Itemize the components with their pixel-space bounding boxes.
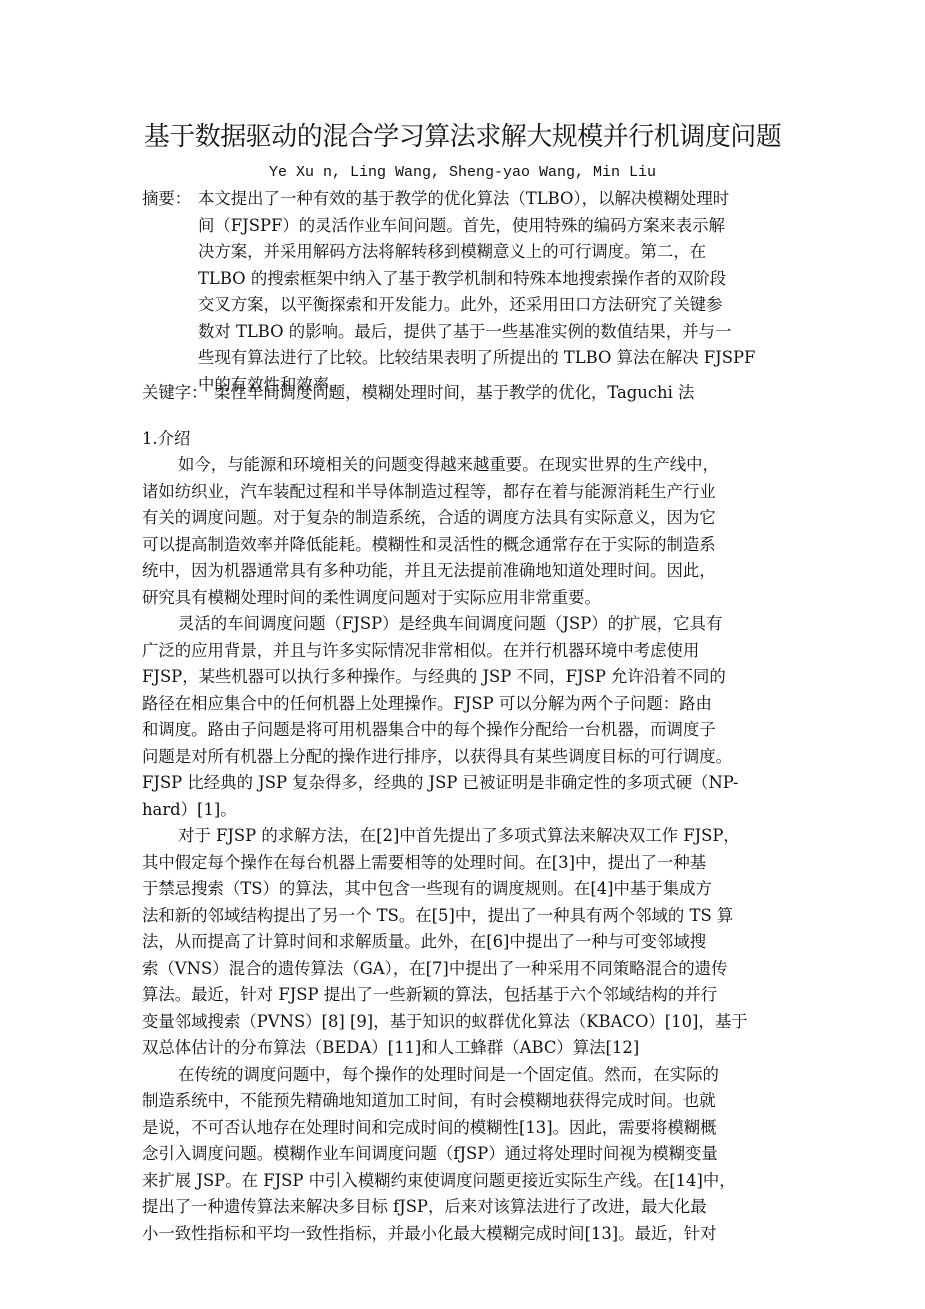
paragraph-line: 算法。最近，针对 FJSP 提出了一些新颖的算法，包括基于六个邻域结构的并行	[142, 982, 717, 1009]
abstract-line: TLBO 的搜索框架中纳入了基于教学机制和特殊本地搜索操作者的双阶段	[198, 266, 726, 293]
abstract-line: 些现有算法进行了比较。比较结果表明了所提出的 TLBO 算法在解决 FJSPF	[198, 345, 755, 372]
abstract-line: 决方案，并采用解码方法将解转移到模糊意义上的可行调度。第二，在	[198, 239, 706, 266]
paragraph-line: 是说，不可否认地存在处理时间和完成时间的模糊性[13]。因此，需要将模糊概	[142, 1115, 717, 1142]
paragraph-line: 于禁忌搜索（TS）的算法，其中包含一些现有的调度规则。在[4]中基于集成方	[142, 876, 712, 903]
paragraph-line: 对于 FJSP 的求解方法，在[2]中首先提出了多项式算法来解决双工作 FJSP…	[178, 823, 740, 850]
paragraph-line: 灵活的车间调度问题（FJSP）是经典车间调度问题（JSP）的扩展，它具有	[178, 611, 722, 638]
abstract-line: 交叉方案，以平衡探索和开发能力。此外，还采用田口方法研究了关键参	[198, 292, 723, 319]
paragraph-line: 如今，与能源和环境相关的问题变得越来越重要。在现实世界的生产线中，	[178, 452, 719, 479]
author-list: Ye Xu n, Ling Wang, Sheng-yao Wang, Min …	[0, 162, 925, 184]
paragraph-line: 小一致性指标和平均一致性指标，并最小化最大模糊完成时间[13]。最近，针对	[142, 1221, 717, 1248]
paragraph-line: 其中假定每个操作在每台机器上需要相等的处理时间。在[3]中，提出了一种基	[142, 850, 706, 877]
paragraph-line: 法和新的邻域结构提出了另一个 TS。在[5]中，提出了一种具有两个邻域的 TS …	[142, 903, 733, 930]
abstract-line: 间（FJSPF）的灵活作业车间问题。首先，使用特殊的编码方案来表示解	[198, 213, 725, 240]
paragraph-line: 法，从而提高了计算时间和求解质量。此外，在[6]中提出了一种与可变邻域搜	[142, 929, 706, 956]
paragraph-line: 变量邻域搜索（PVNS）[8] [9]，基于知识的蚁群优化算法（KBACO）[1…	[142, 1009, 748, 1036]
section-heading: 1.介绍	[142, 426, 190, 453]
paragraph-line: hard）[1]。	[142, 797, 237, 824]
paragraph-line: 和调度。路由子问题是将可用机器集合中的每个操作分配给一台机器，而调度子	[142, 717, 716, 744]
paper-page: 基于数据驱动的混合学习算法求解大规模并行机调度问题 Ye Xu n, Ling …	[0, 0, 925, 1309]
abstract-label: 摘要：	[142, 186, 191, 213]
paragraph-line: 有关的调度问题。对于复杂的制造系统，合适的调度方法具有实际意义，因为它	[142, 505, 716, 532]
paragraph-line: 索（VNS）混合的遗传算法（GA），在[7]中提出了一种采用不同策略混合的遗传	[142, 956, 727, 983]
paper-title: 基于数据驱动的混合学习算法求解大规模并行机调度问题	[0, 120, 925, 154]
paragraph-line: 问题是对所有机器上分配的操作进行排序，以获得具有某些调度目标的可行调度。	[142, 744, 732, 771]
paragraph-line: 广泛的应用背景，并且与许多实际情况非常相似。在并行机器环境中考虑使用	[142, 638, 699, 665]
paragraph-line: 诸如纺织业，汽车装配过程和半导体制造过程等，都存在着与能源消耗生产行业	[142, 479, 716, 506]
keywords-text: 柔性车间调度问题，模糊处理时间，基于教学的优化，Taguchi 法	[214, 380, 694, 407]
paragraph-line: 提出了一种遗传算法来解决多目标 fJSP，后来对该算法进行了改进，最大化最	[142, 1194, 707, 1221]
paragraph-line: 双总体估计的分布算法（BEDA）[11]和人工蜂群（ABC）算法[12]	[142, 1035, 639, 1062]
abstract-line: 数对 TLBO 的影响。最后，提供了基于一些基准实例的数值结果，并与一	[198, 319, 731, 346]
paragraph-line: FJSP，某些机器可以执行多种操作。与经典的 JSP 不同，FJSP 允许沿着不…	[142, 664, 726, 691]
keywords-label: 关键字：	[142, 380, 208, 407]
paragraph-line: 念引入调度问题。模糊作业车间调度问题（fJSP）通过将处理时间视为模糊变量	[142, 1141, 718, 1168]
paragraph-line: 在传统的调度问题中，每个操作的处理时间是一个固定值。然而，在实际的	[178, 1062, 719, 1089]
paragraph-line: FJSP 比经典的 JSP 复杂得多，经典的 JSP 已被证明是非确定性的多项式…	[142, 770, 738, 797]
paragraph-line: 研究具有模糊处理时间的柔性调度问题对于实际应用非常重要。	[142, 585, 601, 612]
paragraph-line: 路径在相应集合中的任何机器上处理操作。FJSP 可以分解为两个子问题：路由	[142, 691, 712, 718]
paragraph-line: 制造系统中，不能预先精确地知道加工时间，有时会模糊地获得完成时间。也就	[142, 1088, 716, 1115]
paragraph-line: 统中，因为机器通常具有多种功能，并且无法提前准确地知道处理时间。因此，	[142, 558, 716, 585]
paragraph-line: 可以提高制造效率并降低能耗。模糊性和灵活性的概念通常存在于实际的制造系	[142, 532, 716, 559]
abstract-line: 本文提出了一种有效的基于教学的优化算法（TLBO），以解决模糊处理时	[198, 186, 729, 213]
paragraph-line: 来扩展 JSP。在 FJSP 中引入模糊约束使调度问题更接近实际生产线。在[14…	[142, 1168, 736, 1195]
